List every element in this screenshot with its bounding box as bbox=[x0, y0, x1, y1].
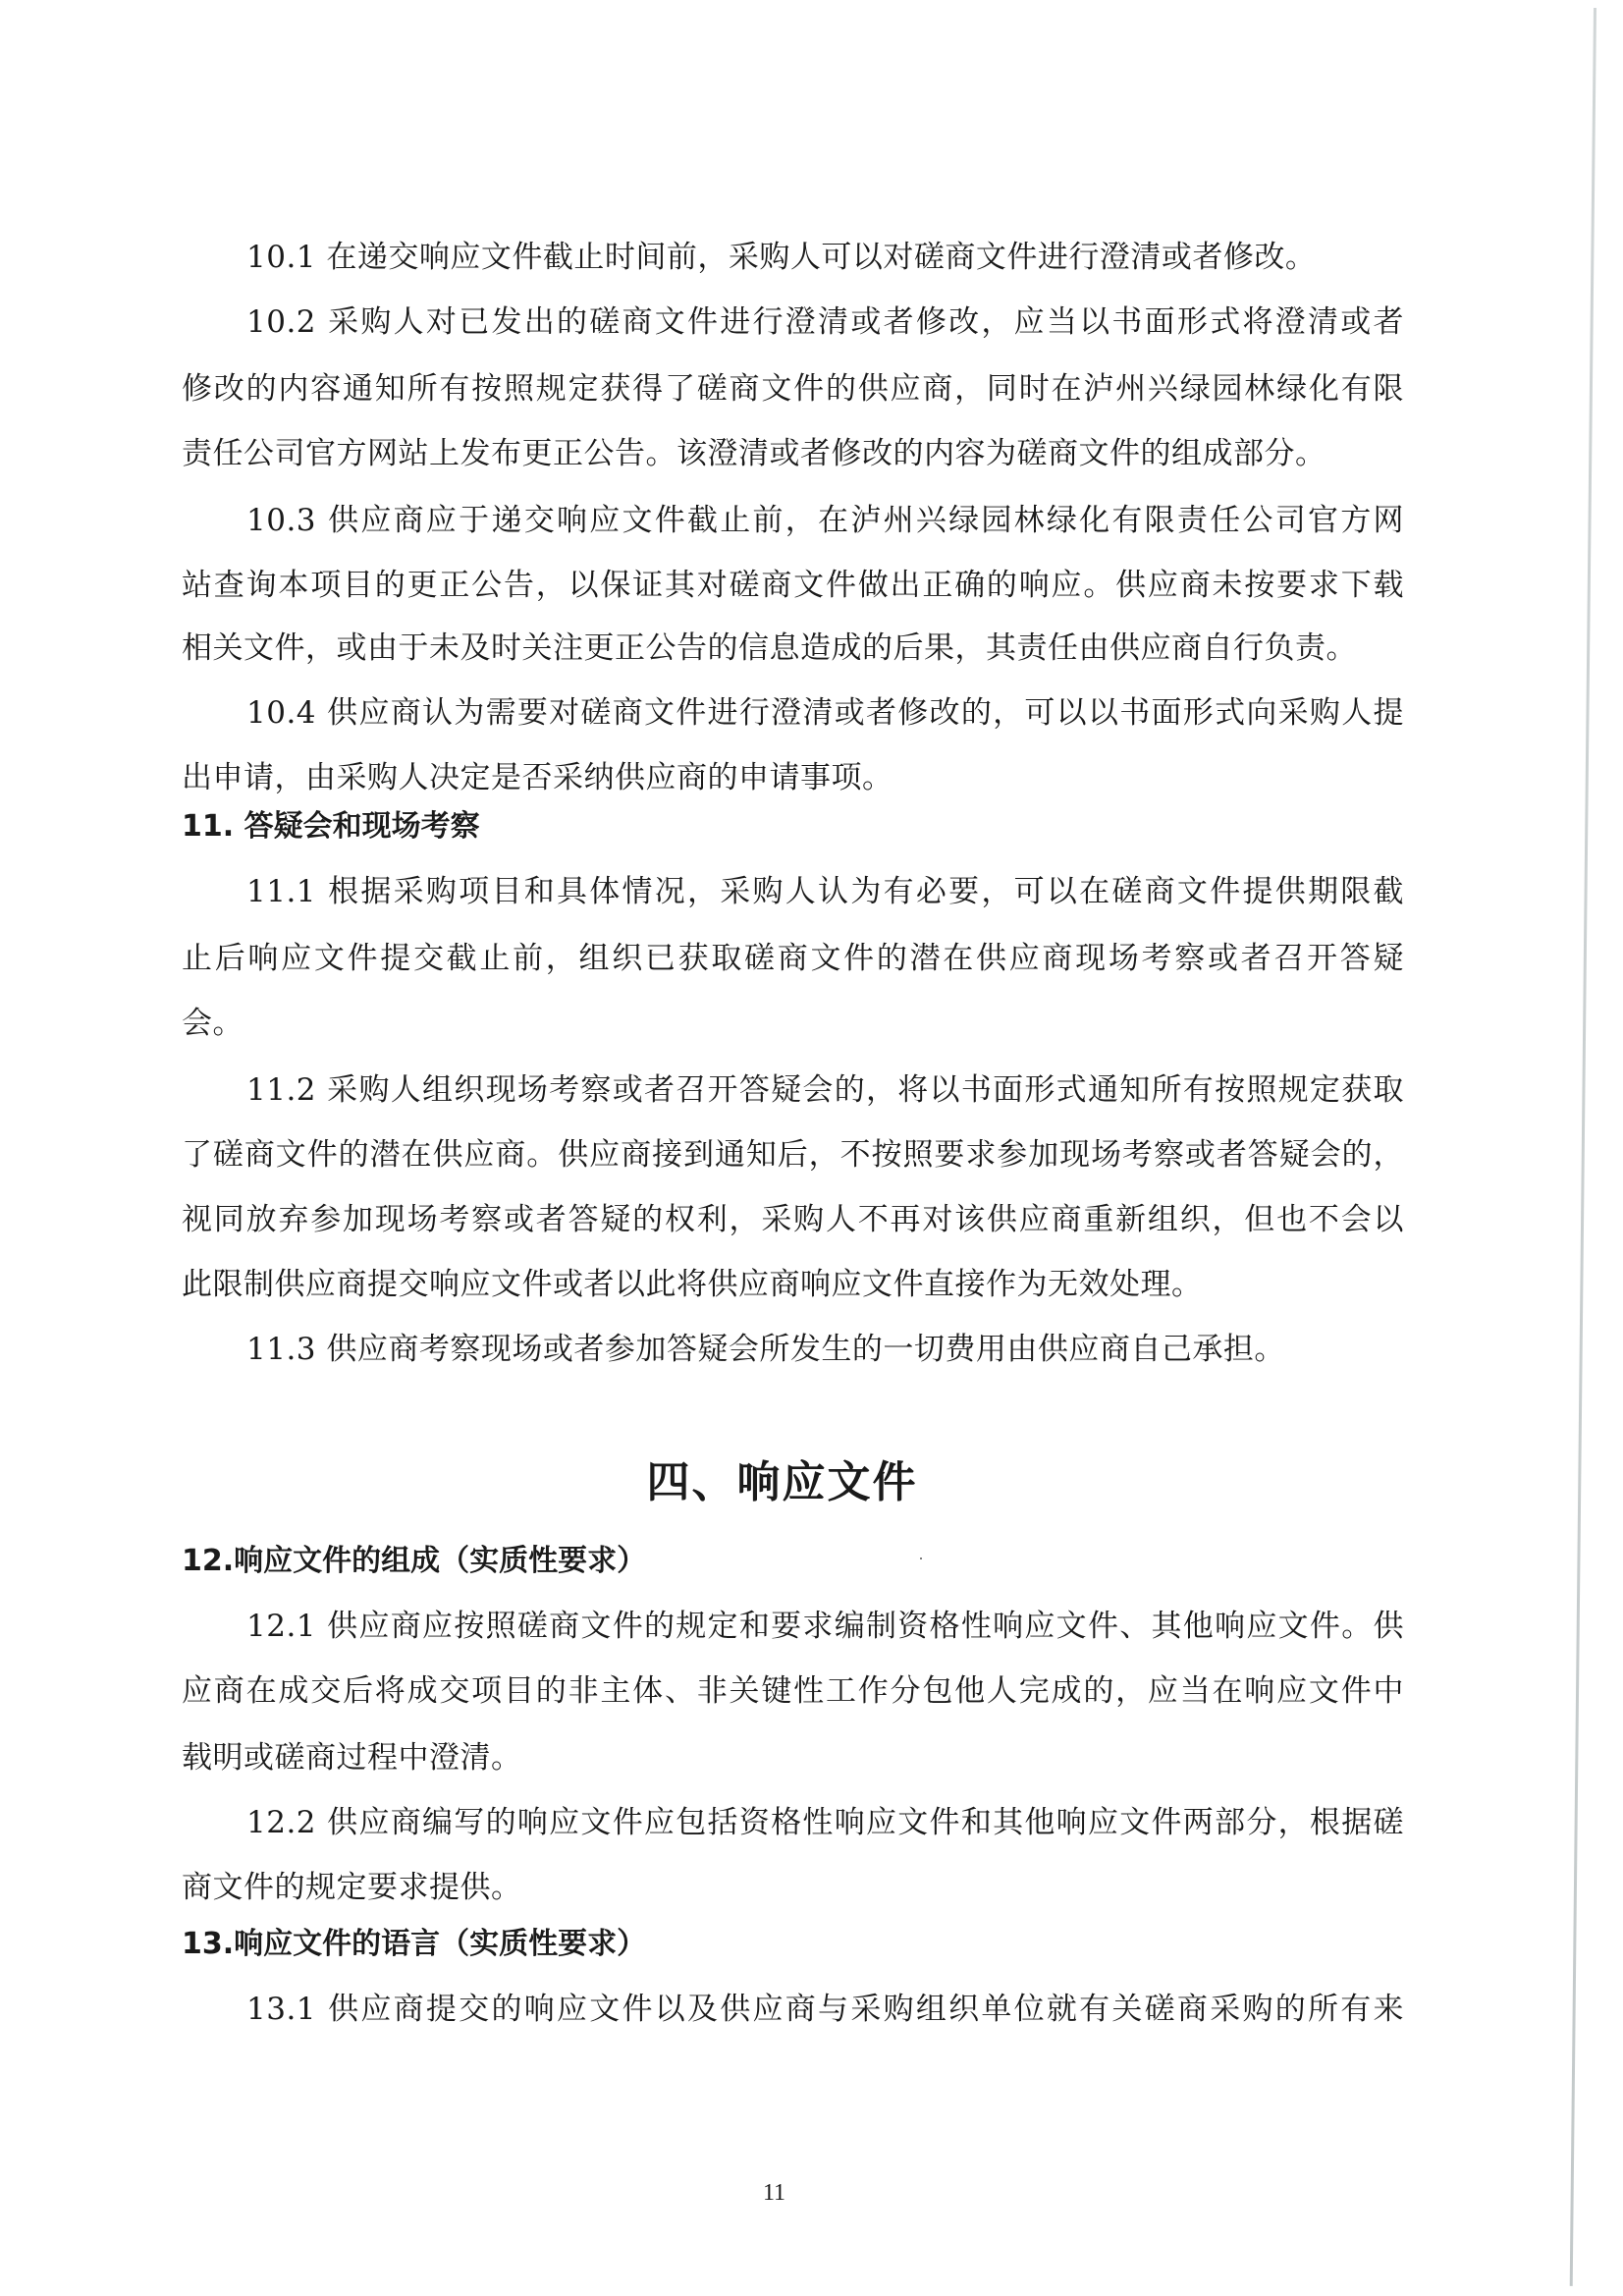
clause-11-2-line-3: 视同放弃参加现场考察或者答疑的权利，采购人不再对该供应商重新组织，但也不会以 bbox=[182, 1198, 1404, 1241]
clause-10-2-line-3: 责任公司官方网站上发布更正公告。该澄清或者修改的内容为磋商文件的组成部分。 bbox=[182, 432, 1404, 475]
clause-12-2-line-1: 12.2 供应商编写的响应文件应包括资格性响应文件和其他响应文件两部分，根据磋 bbox=[246, 1801, 1404, 1844]
clause-11-3-line-1: 11.3 供应商考察现场或者参加答疑会所发生的一切费用由供应商自己承担。 bbox=[246, 1328, 1404, 1371]
clause-11-2-line-4: 此限制供应商提交响应文件或者以此将供应商响应文件直接作为无效处理。 bbox=[182, 1263, 1404, 1306]
scan-edge-line bbox=[1570, 8, 1596, 2286]
clause-11-2-line-2: 了磋商文件的潜在供应商。供应商接到通知后，不按照要求参加现场考察或者答疑会的， bbox=[182, 1133, 1404, 1176]
section-13-heading: 13.响应文件的语言（实质性要求） bbox=[182, 1923, 1404, 1966]
clause-10-3-line-2: 站查询本项目的更正公告，以保证其对磋商文件做出正确的响应。供应商未按要求下载 bbox=[182, 564, 1404, 607]
clause-11-1-line-3: 会。 bbox=[182, 1002, 1404, 1045]
page-number-text: 11 bbox=[763, 2178, 785, 2208]
clause-12-2-line-2: 商文件的规定要求提供。 bbox=[182, 1866, 1404, 1909]
section-11-heading: 11. 答疑会和现场考察 bbox=[182, 805, 1404, 848]
chapter-heading-text: 四、响应文件 bbox=[647, 1453, 918, 1512]
clause-10-4-line-2: 出申请，由采购人决定是否采纳供应商的申请事项。 bbox=[182, 756, 1404, 799]
clause-10-1-line-1: 10.1 在递交响应文件截止时间前，采购人可以对磋商文件进行澄清或者修改。 bbox=[246, 236, 1404, 279]
clause-10-3-line-3: 相关文件，或由于未及时关注更正公告的信息造成的后果，其责任由供应商自行负责。 bbox=[182, 627, 1404, 670]
page-number: 11 bbox=[0, 2178, 1623, 2208]
clause-12-1-line-3: 载明或磋商过程中澄清。 bbox=[182, 1736, 1404, 1779]
clause-11-2-line-1: 11.2 采购人组织现场考察或者召开答疑会的，将以书面形式通知所有按照规定获取 bbox=[246, 1068, 1404, 1112]
clause-10-4-line-1: 10.4 供应商认为需要对磋商文件进行澄清或者修改的，可以以书面形式向采购人提 bbox=[246, 691, 1404, 735]
clause-10-2-line-1: 10.2 采购人对已发出的磋商文件进行澄清或者修改，应当以书面形式将澄清或者 bbox=[246, 301, 1404, 344]
document-page: 10.1 在递交响应文件截止时间前，采购人可以对磋商文件进行澄清或者修改。 10… bbox=[0, 0, 1623, 2296]
clause-10-3-line-1: 10.3 供应商应于递交响应文件截止前，在泸州兴绿园林绿化有限责任公司官方网 bbox=[246, 499, 1404, 542]
clause-12-1-line-2: 应商在成交后将成交项目的非主体、非关键性工作分包他人完成的，应当在响应文件中 bbox=[182, 1669, 1404, 1713]
clause-11-1-line-2: 止后响应文件提交截止前，组织已获取磋商文件的潜在供应商现场考察或者召开答疑 bbox=[182, 937, 1404, 980]
clause-11-1-line-1: 11.1 根据采购项目和具体情况，采购人认为有必要，可以在磋商文件提供期限截 bbox=[246, 870, 1404, 913]
clause-10-2-line-2: 修改的内容通知所有按照规定获得了磋商文件的供应商，同时在泸州兴绿园林绿化有限 bbox=[182, 367, 1404, 410]
clause-13-1-line-1: 13.1 供应商提交的响应文件以及供应商与采购组织单位就有关磋商采购的所有来 bbox=[246, 1988, 1404, 2031]
chapter-heading: 四、响应文件 bbox=[0, 1453, 1623, 1512]
section-12-heading: 12.响应文件的组成（实质性要求） bbox=[182, 1540, 1404, 1583]
clause-12-1-line-1: 12.1 供应商应按照磋商文件的规定和要求编制资格性响应文件、其他响应文件。供 bbox=[246, 1605, 1404, 1648]
